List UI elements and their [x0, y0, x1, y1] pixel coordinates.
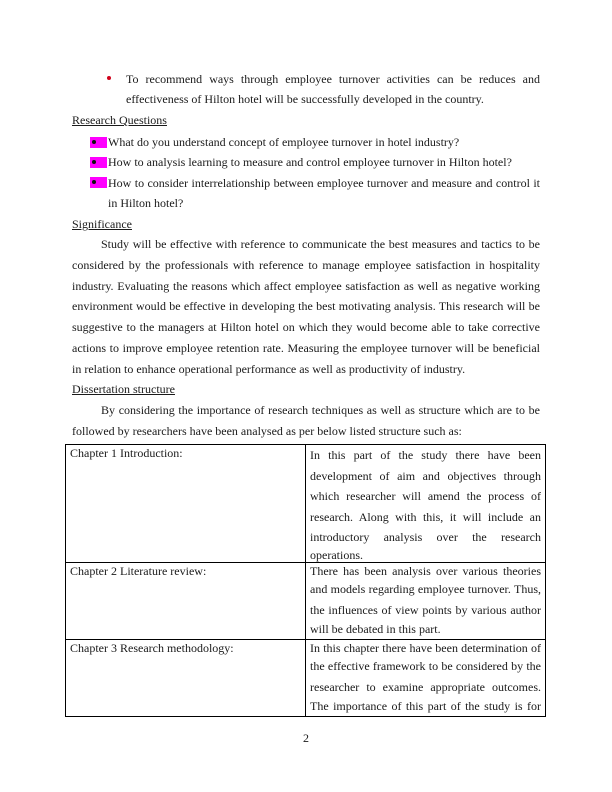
objective-line: To recommend ways through employee turno…	[126, 72, 540, 86]
table-row: Chapter 2 Literature review: There has b…	[66, 563, 546, 640]
table-row: Chapter 3 Research methodology: In this …	[66, 640, 546, 717]
description-line: which researcher will amend the process …	[310, 486, 541, 507]
significance-paragraph-line: Study will be effective with reference t…	[101, 237, 540, 251]
description-line: operations.	[310, 548, 541, 562]
description-line: introductory analysis over the research	[310, 527, 541, 548]
description-line: In this chapter there have been determin…	[310, 640, 541, 656]
significance-paragraph-line: industry. Evaluating the reasons which a…	[72, 279, 540, 293]
highlighted-bullet-icon	[90, 157, 107, 168]
description-cell: In this chapter there have been determin…	[306, 640, 546, 717]
question-item-continued: in Hilton hotel?	[108, 196, 183, 210]
description-line: development of aim and objectives throug…	[310, 466, 541, 487]
significance-paragraph-line: actions to improve employee retention ra…	[72, 341, 540, 355]
description-line: the effective framework to be considered…	[310, 656, 541, 677]
description-line: In this part of the study there have bee…	[310, 445, 541, 466]
chapter-cell: Chapter 2 Literature review:	[66, 563, 306, 640]
description-line: researcher to examine appropriate outcom…	[310, 677, 541, 698]
chapter-cell: Chapter 3 Research methodology:	[66, 640, 306, 717]
highlighted-bullet-icon	[90, 177, 107, 188]
description-line: the influences of view points by various…	[310, 600, 541, 621]
table-row: Chapter 1 Introduction: In this part of …	[66, 445, 546, 563]
chapter-cell: Chapter 1 Introduction:	[66, 445, 306, 563]
significance-paragraph-line: considered by the professionals with ref…	[72, 258, 540, 272]
description-line: will be debated in this part.	[310, 620, 541, 638]
page-number: 2	[0, 731, 612, 746]
highlighted-bullet-icon	[90, 137, 107, 148]
description-cell: There has been analysis over various the…	[306, 563, 546, 640]
structure-intro-line: followed by researchers have been analys…	[72, 424, 462, 438]
description-cell: In this part of the study there have bee…	[306, 445, 546, 563]
dissertation-structure-table: Chapter 1 Introduction: In this part of …	[65, 444, 546, 717]
description-line: There has been analysis over various the…	[310, 563, 541, 579]
description-line: The importance of this part of the study…	[310, 697, 541, 715]
description-line: and models regarding employee turnover. …	[310, 579, 541, 600]
structure-intro-line: By considering the importance of researc…	[101, 403, 540, 417]
dissertation-structure-heading: Dissertation structure	[72, 382, 175, 396]
question-item: What do you understand concept of employ…	[108, 135, 459, 149]
question-item: How to analysis learning to measure and …	[108, 155, 512, 169]
question-item: How to consider interrelationship betwee…	[108, 176, 540, 190]
significance-paragraph-line: in relation to enhance operational perfo…	[72, 362, 465, 376]
significance-heading: Significance	[72, 217, 132, 231]
significance-paragraph-line: suggestive to the managers at Hilton hot…	[72, 320, 540, 334]
objective-line: effectiveness of Hilton hotel will be su…	[126, 92, 484, 106]
bullet-icon	[107, 76, 111, 80]
research-questions-heading: Research Questions	[72, 113, 167, 127]
description-line: research. Along with this, it will inclu…	[310, 507, 541, 528]
significance-paragraph-line: environment would be effective in develo…	[72, 299, 540, 313]
